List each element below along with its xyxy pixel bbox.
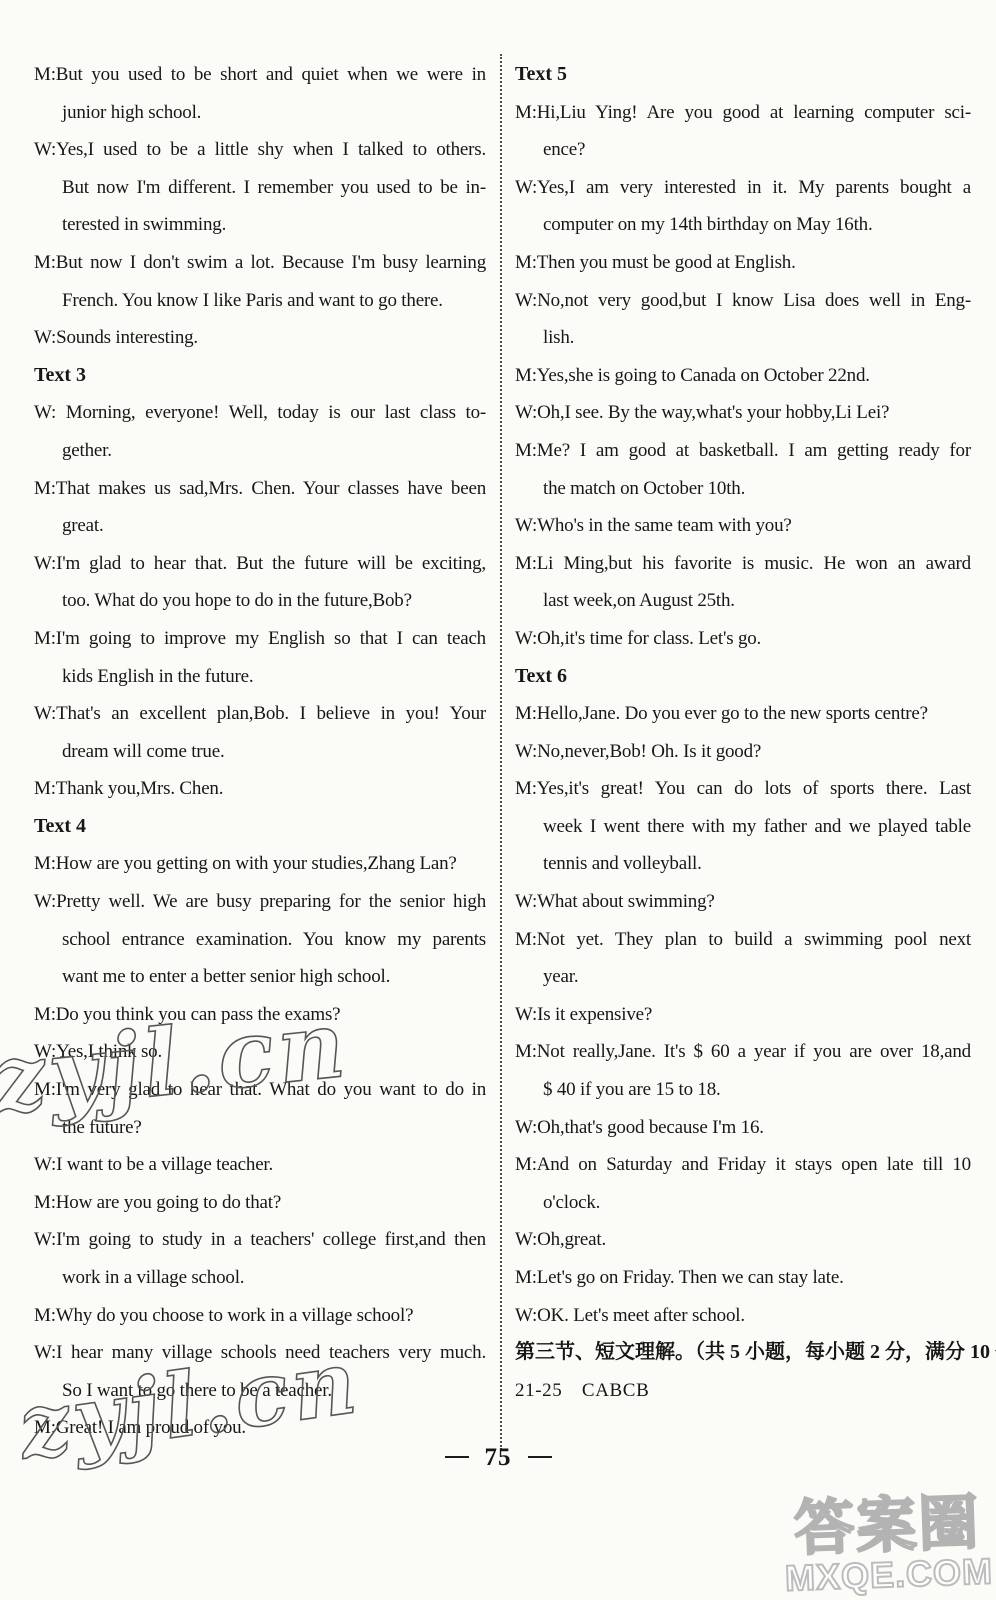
- text-line: M:How are you going to do that?: [34, 1184, 486, 1222]
- text-line: M:Yes,it's great! You can do lots of spo…: [515, 770, 971, 808]
- text-line: W:Oh,great.: [515, 1221, 971, 1259]
- text-line: want me to enter a better senior high sc…: [34, 958, 486, 996]
- text-line: Text 4: [34, 808, 486, 846]
- text-line: Text 6: [515, 658, 971, 696]
- logo-site-url: MXQE.COM: [784, 1550, 993, 1599]
- page-number: 75: [485, 1444, 512, 1471]
- right-column: Text 5M:Hi,Liu Ying! Are you good at lea…: [515, 56, 971, 1409]
- text-line: M:Not really,Jane. It's $ 60 a year if y…: [515, 1033, 971, 1071]
- text-line: M:Let's go on Friday. Then we can stay l…: [515, 1259, 971, 1297]
- text-line: M:Hello,Jane. Do you ever go to the new …: [515, 695, 971, 733]
- text-line: year.: [515, 958, 971, 996]
- text-line: M:But you used to be short and quiet whe…: [34, 56, 486, 94]
- text-line: junior high school.: [34, 94, 486, 132]
- text-line: W:Oh,I see. By the way,what's your hobby…: [515, 394, 971, 432]
- text-line: But now I'm different. I remember you us…: [34, 169, 486, 207]
- text-line: W: Morning, everyone! Well, today is our…: [34, 394, 486, 432]
- text-line: tennis and volleyball.: [515, 845, 971, 883]
- text-line: M:Me? I am good at basketball. I am gett…: [515, 432, 971, 470]
- text-line: 21-25 CABCB: [515, 1372, 971, 1410]
- text-line: M:But now I don't swim a lot. Because I'…: [34, 244, 486, 282]
- text-line: 第三节、短文理解。（共 5 小题，每小题 2 分，满分 10 分）: [515, 1334, 971, 1372]
- page-footer: 75: [0, 1444, 996, 1472]
- scanned-answer-page: M:But you used to be short and quiet whe…: [0, 0, 996, 1600]
- text-line: school entrance examination. You know my…: [34, 921, 486, 959]
- text-line: W:I'm glad to hear that. But the future …: [34, 545, 486, 583]
- text-line: M:Li Ming,but his favorite is music. He …: [515, 545, 971, 583]
- text-line: M:Yes,she is going to Canada on October …: [515, 357, 971, 395]
- text-line: M:And on Saturday and Friday it stays op…: [515, 1146, 971, 1184]
- text-line: M:Thank you,Mrs. Chen.: [34, 770, 486, 808]
- text-line: Text 5: [515, 56, 971, 94]
- text-line: computer on my 14th birthday on May 16th…: [515, 206, 971, 244]
- text-line: M:Then you must be good at English.: [515, 244, 971, 282]
- text-line: lish.: [515, 319, 971, 357]
- text-line: W:What about swimming?: [515, 883, 971, 921]
- text-line: W:Yes,I am very interested in it. My par…: [515, 169, 971, 207]
- text-line: W:Pretty well. We are busy preparing for…: [34, 883, 486, 921]
- text-line: ence?: [515, 131, 971, 169]
- footer-dash-right: [528, 1456, 552, 1459]
- text-line: W:Sounds interesting.: [34, 319, 486, 357]
- text-line: W:I want to be a village teacher.: [34, 1146, 486, 1184]
- text-line: gether.: [34, 432, 486, 470]
- text-line: W:That's an excellent plan,Bob. I believ…: [34, 695, 486, 733]
- text-line: M:How are you getting on with your studi…: [34, 845, 486, 883]
- text-line: $ 40 if you are 15 to 18.: [515, 1071, 971, 1109]
- text-line: M:I'm going to improve my English so tha…: [34, 620, 486, 658]
- text-line: M:Not yet. They plan to build a swimming…: [515, 921, 971, 959]
- text-line: week I went there with my father and we …: [515, 808, 971, 846]
- text-line: French. You know I like Paris and want t…: [34, 282, 486, 320]
- left-column: M:But you used to be short and quiet whe…: [34, 56, 486, 1447]
- text-line: the match on October 10th.: [515, 470, 971, 508]
- text-line: terested in swimming.: [34, 206, 486, 244]
- logo-chinese-text: 答案圈: [782, 1492, 992, 1559]
- text-line: W:Oh,that's good because I'm 16.: [515, 1109, 971, 1147]
- footer-dash-left: [445, 1456, 469, 1459]
- column-divider: [500, 54, 502, 1450]
- text-line: W:No,never,Bob! Oh. Is it good?: [515, 733, 971, 771]
- text-line: M:Hi,Liu Ying! Are you good at learning …: [515, 94, 971, 132]
- text-line: o'clock.: [515, 1184, 971, 1222]
- text-line: W:Who's in the same team with you?: [515, 507, 971, 545]
- text-line: kids English in the future.: [34, 658, 486, 696]
- text-line: M:Why do you choose to work in a village…: [34, 1297, 486, 1335]
- text-line: W:I'm going to study in a teachers' coll…: [34, 1221, 486, 1259]
- answer-site-logo-watermark: 答案圈 MXQE.COM: [782, 1492, 993, 1599]
- text-line: W:OK. Let's meet after school.: [515, 1297, 971, 1335]
- text-line: work in a village school.: [34, 1259, 486, 1297]
- text-line: M:That makes us sad,Mrs. Chen. Your clas…: [34, 470, 486, 508]
- text-line: W:Oh,it's time for class. Let's go.: [515, 620, 971, 658]
- text-line: great.: [34, 507, 486, 545]
- text-line: Text 3: [34, 357, 486, 395]
- text-line: W:Yes,I used to be a little shy when I t…: [34, 131, 486, 169]
- text-line: W:Is it expensive?: [515, 996, 971, 1034]
- text-line: W:No,not very good,but I know Lisa does …: [515, 282, 971, 320]
- text-line: too. What do you hope to do in the futur…: [34, 582, 486, 620]
- text-line: last week,on August 25th.: [515, 582, 971, 620]
- text-line: dream will come true.: [34, 733, 486, 771]
